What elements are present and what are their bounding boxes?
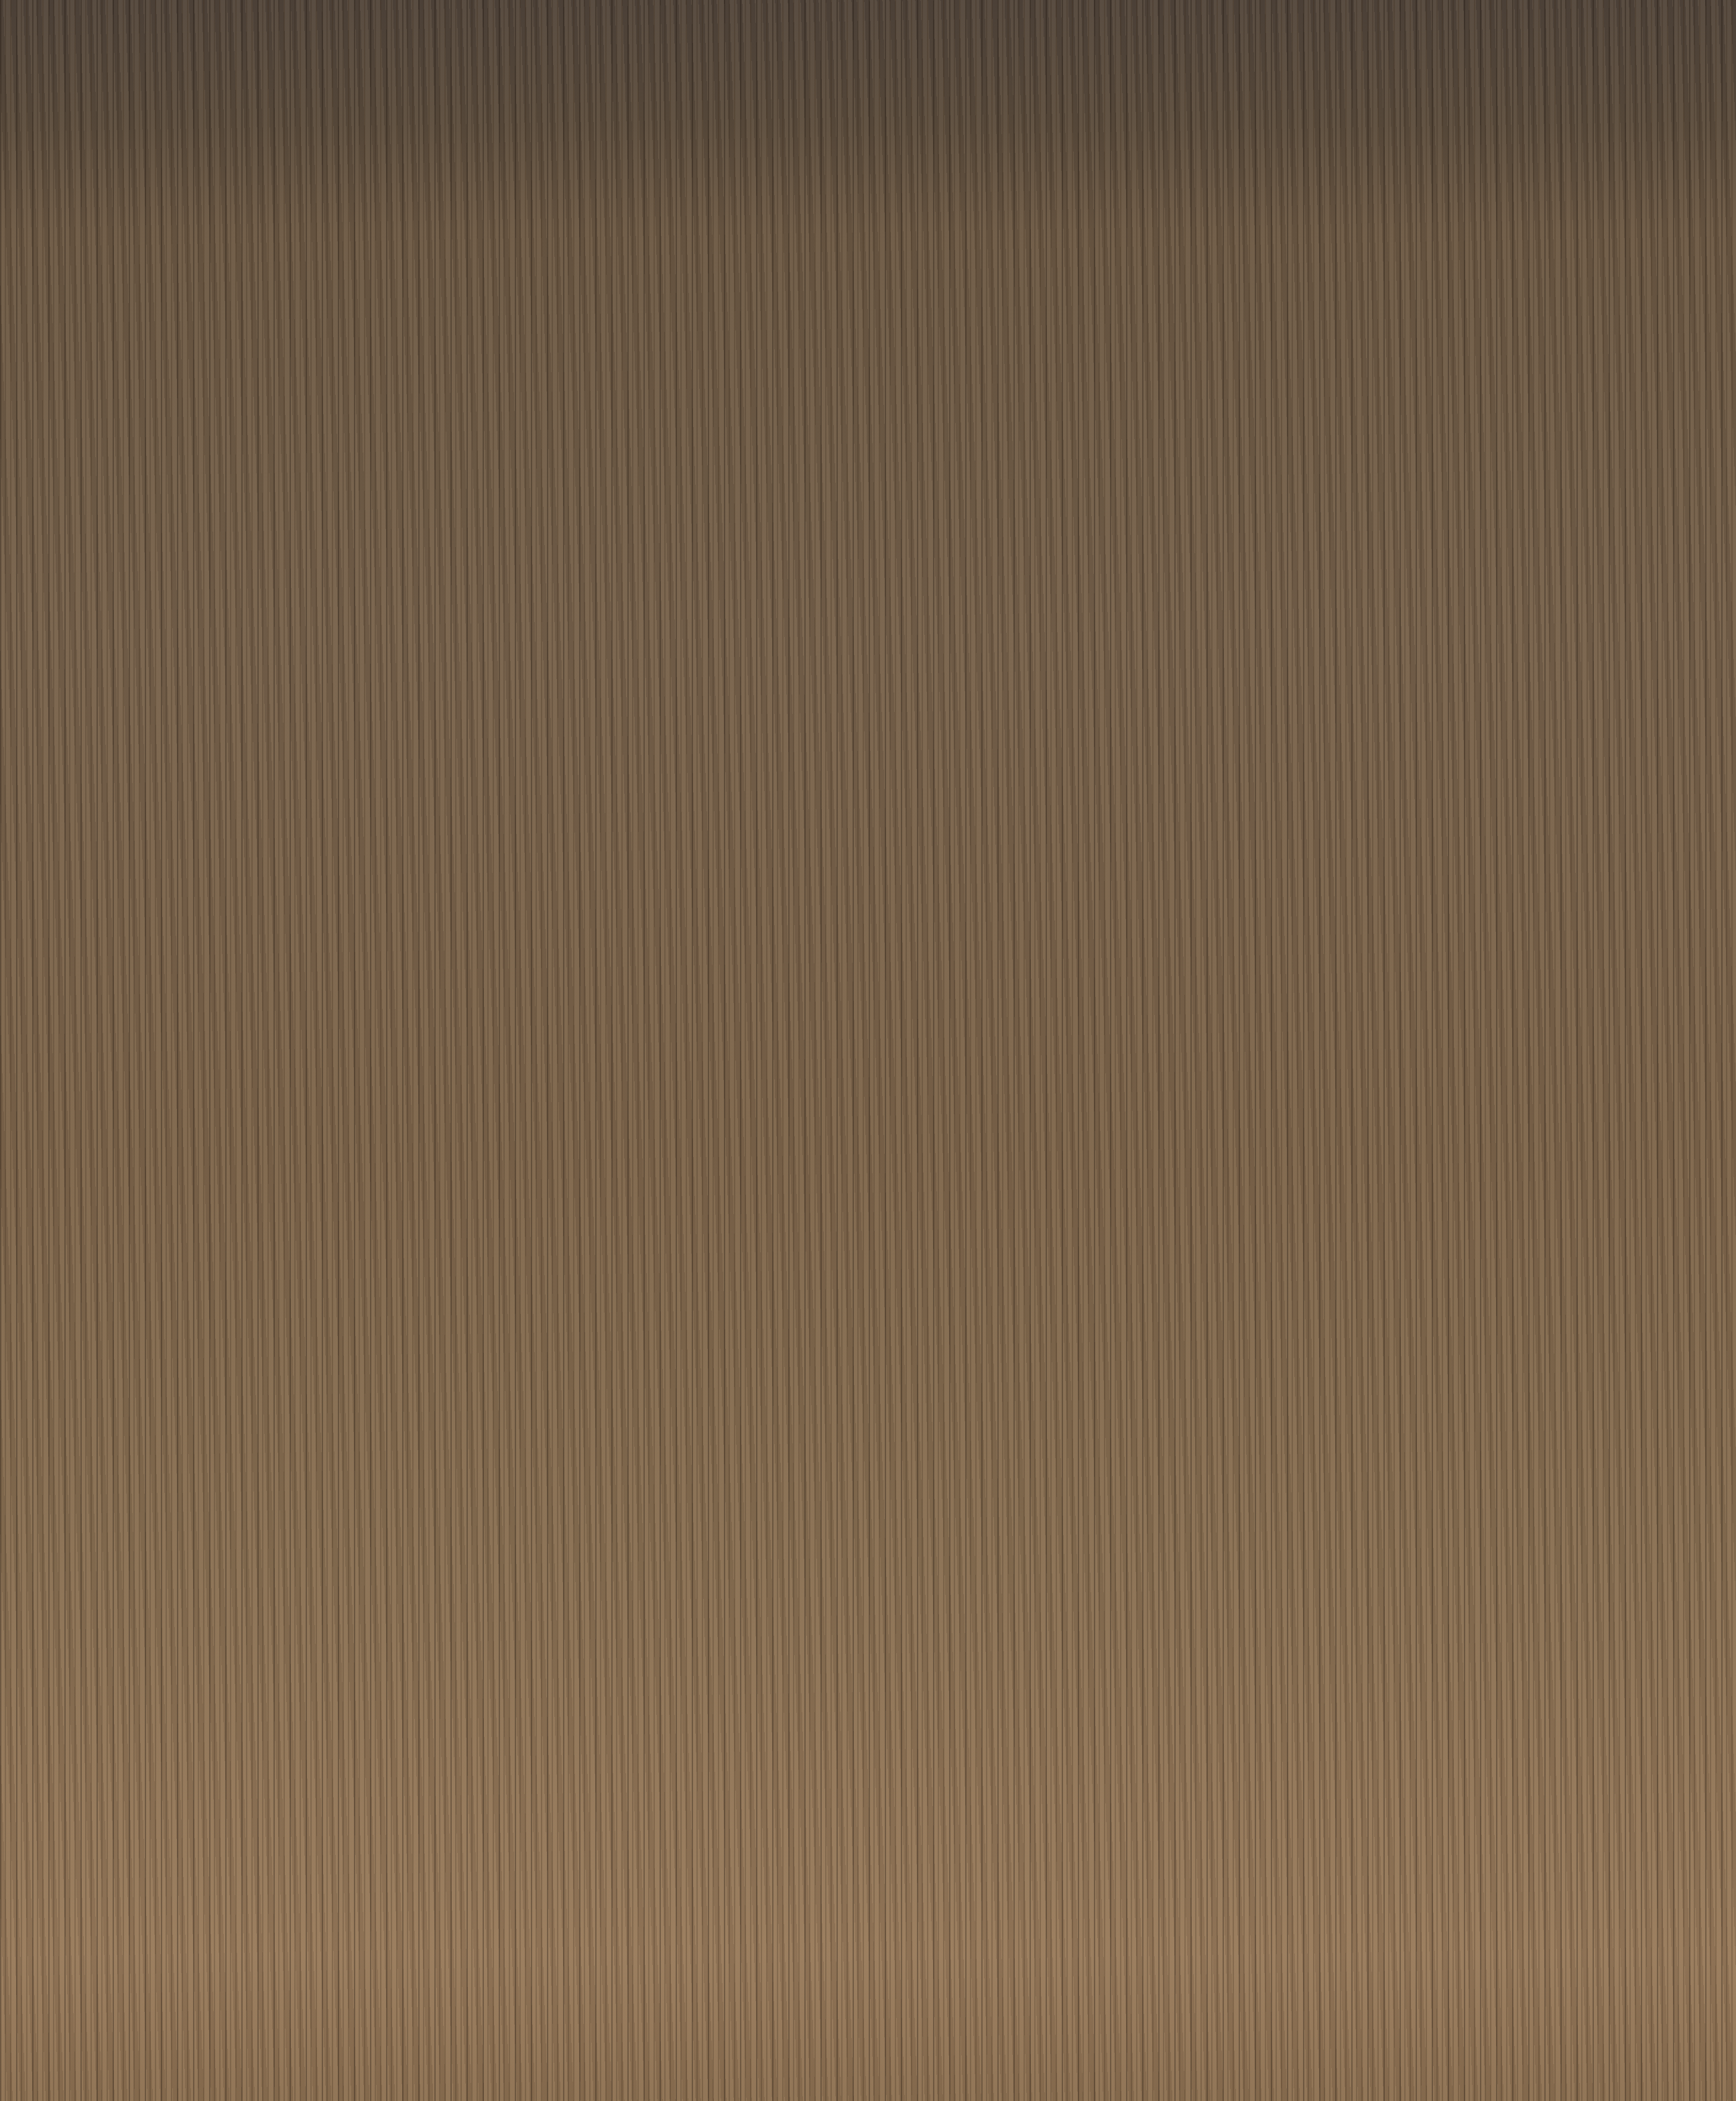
- wood-table: [0, 0, 1736, 2101]
- photo-of-open-book: VAN VOLKEN EN STEDEN. kleen dorp , ’t we…: [0, 0, 1736, 2101]
